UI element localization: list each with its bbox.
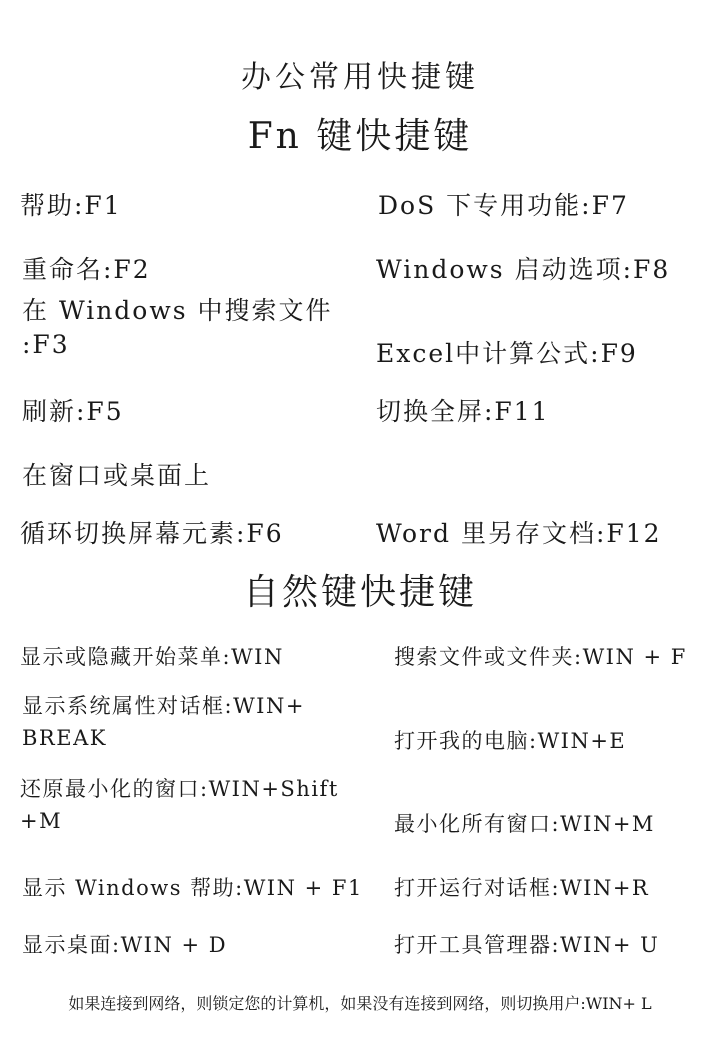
shortcut-item: Windows 启动选项:F8 <box>376 250 670 286</box>
shortcut-item: 显示 Windows 帮助:WIN + F1 <box>22 872 363 902</box>
shortcut-item: 搜索文件或文件夹:WIN + F <box>394 641 687 671</box>
shortcut-item: 显示桌面:WIN + D <box>22 929 227 959</box>
shortcut-item: 循环切换屏幕元素:F6 <box>20 514 284 550</box>
shortcut-item: Excel中计算公式:F9 <box>376 334 638 370</box>
shortcut-item: 帮助:F1 <box>20 186 122 222</box>
shortcut-item: 最小化所有窗口:WIN+M <box>394 808 655 838</box>
shortcut-item: 显示系统属性对话框:WIN+ BREAK <box>22 690 352 754</box>
shortcut-item: 显示或隐藏开始菜单:WIN <box>20 641 284 671</box>
shortcut-item: 重命名:F2 <box>22 250 151 286</box>
fn-section-heading: Fn 键快捷键 <box>0 108 720 159</box>
shortcut-item: 打开工具管理器:WIN+ U <box>394 929 659 959</box>
footer-note: 如果连接到网络，则锁定您的计算机，如果没有连接到网络，则切换用户:WIN+ L <box>0 992 720 1016</box>
shortcut-item: 打开我的电脑:WIN+E <box>394 725 626 755</box>
shortcut-item: 在 Windows 中搜索文件 :F3 <box>22 294 342 362</box>
shortcut-item: 在窗口或桌面上 <box>22 456 211 492</box>
document-title: 办公常用快捷键 <box>0 52 720 96</box>
natural-section-heading: 自然键快捷键 <box>0 564 720 615</box>
shortcut-item: 打开运行对话框:WIN+R <box>394 872 649 902</box>
shortcut-item: Word 里另存文档:F12 <box>376 514 662 550</box>
shortcut-item: 还原最小化的窗口:WIN+Shift +M <box>20 773 365 837</box>
shortcut-item: 切换全屏:F11 <box>376 392 550 428</box>
shortcut-item: 刷新:F5 <box>22 392 124 428</box>
shortcut-item: DoS 下专用功能:F7 <box>378 186 629 222</box>
